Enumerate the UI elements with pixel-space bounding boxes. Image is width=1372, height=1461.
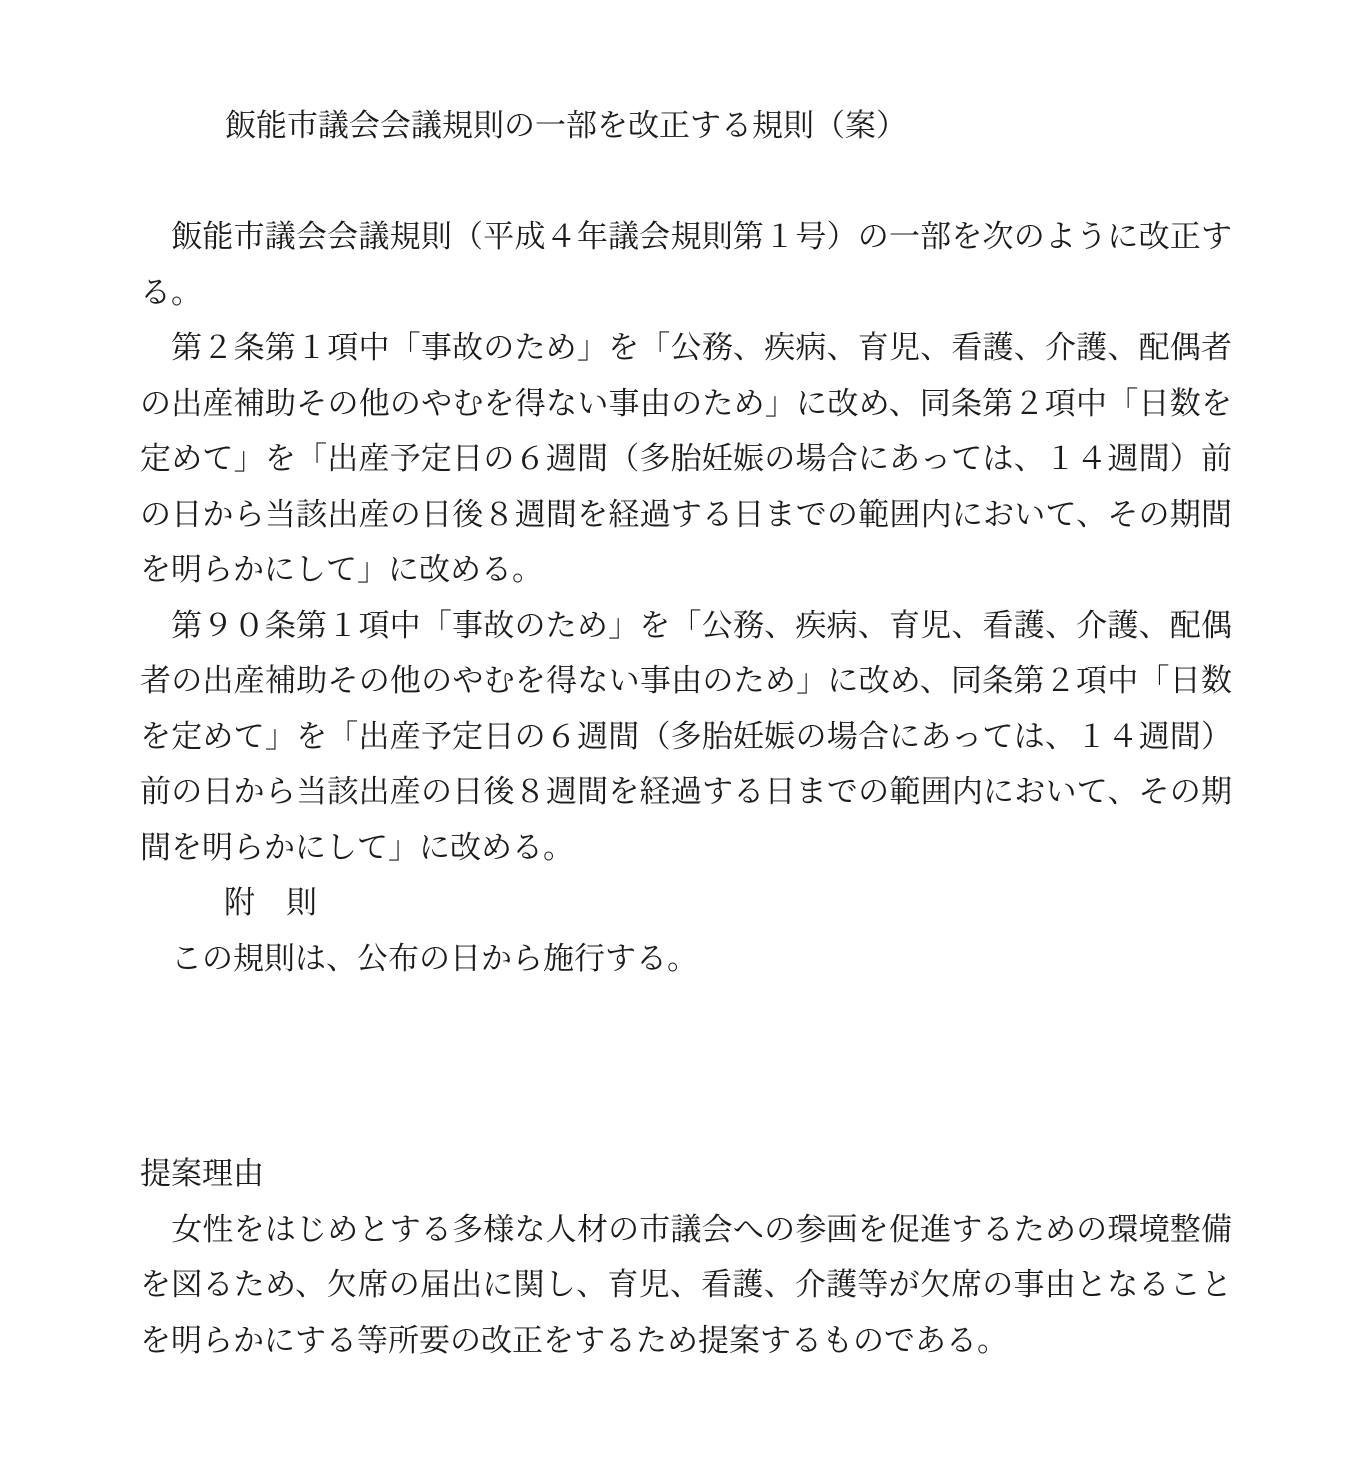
reason-section: 提案理由 女性をはじめとする多様な人材の市議会への参画を促進するための環境整備を… xyxy=(140,1146,1232,1368)
document-page: 飯能市議会会議規則の一部を改正する規則（案） 飯能市議会会議規則（平成４年議会規… xyxy=(0,0,1372,1461)
document-line: を定めて」を「出産予定日の６週間（多胎妊娠の場合にあっては、１４週間） xyxy=(140,709,1232,765)
document-line: 第９０条第１項中「事故のため」を「公務、疾病、育児、看護、介護、配偶 xyxy=(140,598,1232,654)
document-line: を図るため、欠席の届出に関し、育児、看護、介護等が欠席の事由となること xyxy=(140,1257,1232,1313)
document-line: 前の日から当該出産の日後８週間を経過する日までの範囲内において、その期 xyxy=(140,764,1232,820)
document-line: 者の出産補助その他のやむを得ない事由のため」に改め、同条第２項中「日数 xyxy=(140,653,1232,709)
blank-line xyxy=(140,154,1232,210)
document-line: 女性をはじめとする多様な人材の市議会への参画を促進するための環境整備 xyxy=(140,1202,1232,1258)
reason-heading: 提案理由 xyxy=(140,1146,1232,1202)
document-line: 定めて」を「出産予定日の６週間（多胎妊娠の場合にあっては、１４週間）前 xyxy=(140,431,1232,487)
supplementary-provision-heading: 附 則 xyxy=(140,875,1232,931)
document-title: 飯能市議会会議規則の一部を改正する規則（案） xyxy=(140,98,1232,154)
document-line: 第２条第１項中「事故のため」を「公務、疾病、育児、看護、介護、配偶者 xyxy=(140,320,1232,376)
document-line: を明らかにして」に改める。 xyxy=(140,542,1232,598)
document-line: 間を明らかにして」に改める。 xyxy=(140,820,1232,876)
document-line: る。 xyxy=(140,265,1232,321)
document-line: の日から当該出産の日後８週間を経過する日までの範囲内において、その期間 xyxy=(140,487,1232,543)
document-line: の出産補助その他のやむを得ない事由のため」に改め、同条第２項中「日数を xyxy=(140,376,1232,432)
rule-body-lines: 飯能市議会会議規則（平成４年議会規則第１号）の一部を次のように改正する。 第２条… xyxy=(140,209,1232,986)
document-line: 飯能市議会会議規則（平成４年議会規則第１号）の一部を次のように改正す xyxy=(140,209,1232,265)
effective-date-line: この規則は、公布の日から施行する。 xyxy=(140,931,1232,987)
reason-lines: 女性をはじめとする多様な人材の市議会への参画を促進するための環境整備を図るため、… xyxy=(140,1202,1232,1369)
document-line: を明らかにする等所要の改正をするため提案するものである。 xyxy=(140,1313,1232,1369)
